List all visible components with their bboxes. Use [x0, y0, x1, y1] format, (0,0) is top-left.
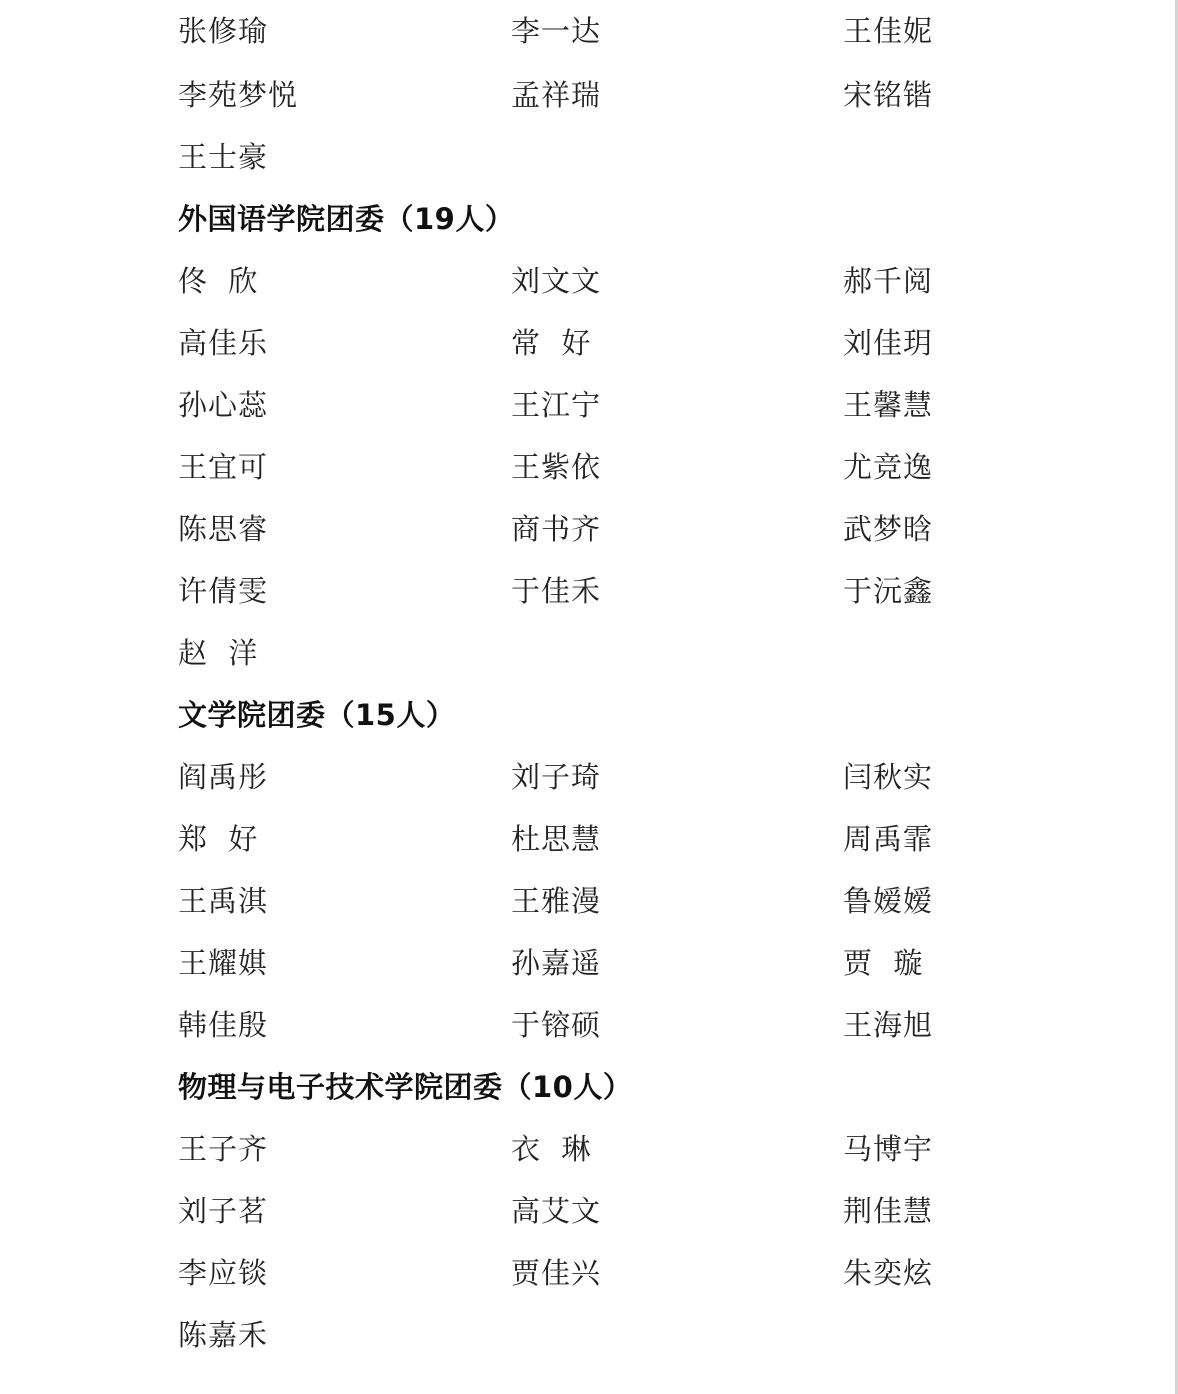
name-cell: 王佳妮: [843, 0, 933, 62]
section-heading-physics-electronics: 物理与电子技术学院团委（10人）: [178, 1056, 1078, 1118]
name-cell: 孙嘉遥: [511, 932, 601, 994]
name-cell: 王耀娸: [178, 932, 268, 994]
name-cell: 于镕硕: [511, 994, 601, 1056]
name-cell: 鲁嫒嫒: [843, 870, 933, 932]
name-cell: 阎禹彤: [178, 746, 268, 808]
name-cell: 尤竞逸: [843, 436, 933, 498]
name-row: 李苑梦悦 孟祥瑞 宋铭锴: [178, 64, 1078, 126]
name-cell: 于佳禾: [511, 560, 601, 622]
name-cell: 佟 欣: [178, 250, 258, 312]
name-cell: 衣 琳: [511, 1118, 591, 1180]
name-cell: 韩佳殷: [178, 994, 268, 1056]
name-cell: 商书齐: [511, 498, 601, 560]
name-cell: 王士豪: [178, 126, 268, 188]
name-cell: 王江宁: [511, 374, 601, 436]
section-heading-literature: 文学院团委（15人）: [178, 684, 1078, 746]
name-row: 王耀娸 孙嘉遥 贾 璇: [178, 932, 1078, 994]
name-row: 孙心蕊 王江宁 王馨慧: [178, 374, 1078, 436]
name-cell: 张修瑜: [178, 0, 268, 62]
name-cell: 李应锬: [178, 1242, 268, 1304]
name-row: 王宜可 王紫依 尤竞逸: [178, 436, 1078, 498]
name-row: 王士豪: [178, 126, 1078, 188]
name-cell: 郝千阅: [843, 250, 933, 312]
name-row: 佟 欣 刘文文 郝千阅: [178, 250, 1078, 312]
name-cell: 王海旭: [843, 994, 933, 1056]
name-cell: 刘佳玥: [843, 312, 933, 374]
name-cell: 武梦晗: [843, 498, 933, 560]
name-cell: 刘文文: [511, 250, 601, 312]
name-row: 张修瑜 李一达 王佳妮: [178, 0, 1078, 64]
name-list: 张修瑜 李一达 王佳妮 李苑梦悦 孟祥瑞 宋铭锴 王士豪 外国语学院团委（19人…: [178, 0, 1078, 1366]
name-cell: 王宜可: [178, 436, 268, 498]
name-cell: 闫秋实: [843, 746, 933, 808]
name-cell: 孙心蕊: [178, 374, 268, 436]
section-heading-foreign-languages: 外国语学院团委（19人）: [178, 188, 1078, 250]
name-cell: 高艾文: [511, 1180, 601, 1242]
name-cell: 高佳乐: [178, 312, 268, 374]
name-cell: 刘子茗: [178, 1180, 268, 1242]
name-row: 陈嘉禾: [178, 1304, 1078, 1366]
name-cell: 贾 璇: [843, 932, 923, 994]
name-row: 王禹淇 王雅漫 鲁嫒嫒: [178, 870, 1078, 932]
name-cell: 朱奕炫: [843, 1242, 933, 1304]
name-row: 韩佳殷 于镕硕 王海旭: [178, 994, 1078, 1056]
name-cell: 马博宇: [843, 1118, 933, 1180]
document-page: 张修瑜 李一达 王佳妮 李苑梦悦 孟祥瑞 宋铭锴 王士豪 外国语学院团委（19人…: [0, 0, 1175, 1394]
name-cell: 王子齐: [178, 1118, 268, 1180]
name-cell: 赵 洋: [178, 622, 258, 684]
name-cell: 李苑梦悦: [178, 64, 298, 126]
name-row: 高佳乐 常 好 刘佳玥: [178, 312, 1078, 374]
name-cell: 宋铭锴: [843, 64, 933, 126]
name-cell: 周禹霏: [843, 808, 933, 870]
name-row: 许倩雯 于佳禾 于沅鑫: [178, 560, 1078, 622]
name-cell: 常 好: [511, 312, 591, 374]
name-cell: 杜思慧: [511, 808, 601, 870]
name-row: 王子齐 衣 琳 马博宇: [178, 1118, 1078, 1180]
name-cell: 荆佳慧: [843, 1180, 933, 1242]
name-cell: 王馨慧: [843, 374, 933, 436]
name-row: 李应锬 贾佳兴 朱奕炫: [178, 1242, 1078, 1304]
name-cell: 许倩雯: [178, 560, 268, 622]
name-cell: 王禹淇: [178, 870, 268, 932]
name-row: 阎禹彤 刘子琦 闫秋实: [178, 746, 1078, 808]
name-cell: 郑 好: [178, 808, 258, 870]
name-cell: 陈思睿: [178, 498, 268, 560]
name-cell: 孟祥瑞: [511, 64, 601, 126]
name-row: 陈思睿 商书齐 武梦晗: [178, 498, 1078, 560]
name-row: 郑 好 杜思慧 周禹霏: [178, 808, 1078, 870]
name-cell: 贾佳兴: [511, 1242, 601, 1304]
name-cell: 王紫依: [511, 436, 601, 498]
name-cell: 李一达: [511, 0, 601, 62]
name-cell: 于沅鑫: [843, 560, 933, 622]
name-row: 赵 洋: [178, 622, 1078, 684]
name-cell: 陈嘉禾: [178, 1304, 268, 1366]
name-row: 刘子茗 高艾文 荆佳慧: [178, 1180, 1078, 1242]
name-cell: 王雅漫: [511, 870, 601, 932]
name-cell: 刘子琦: [511, 746, 601, 808]
